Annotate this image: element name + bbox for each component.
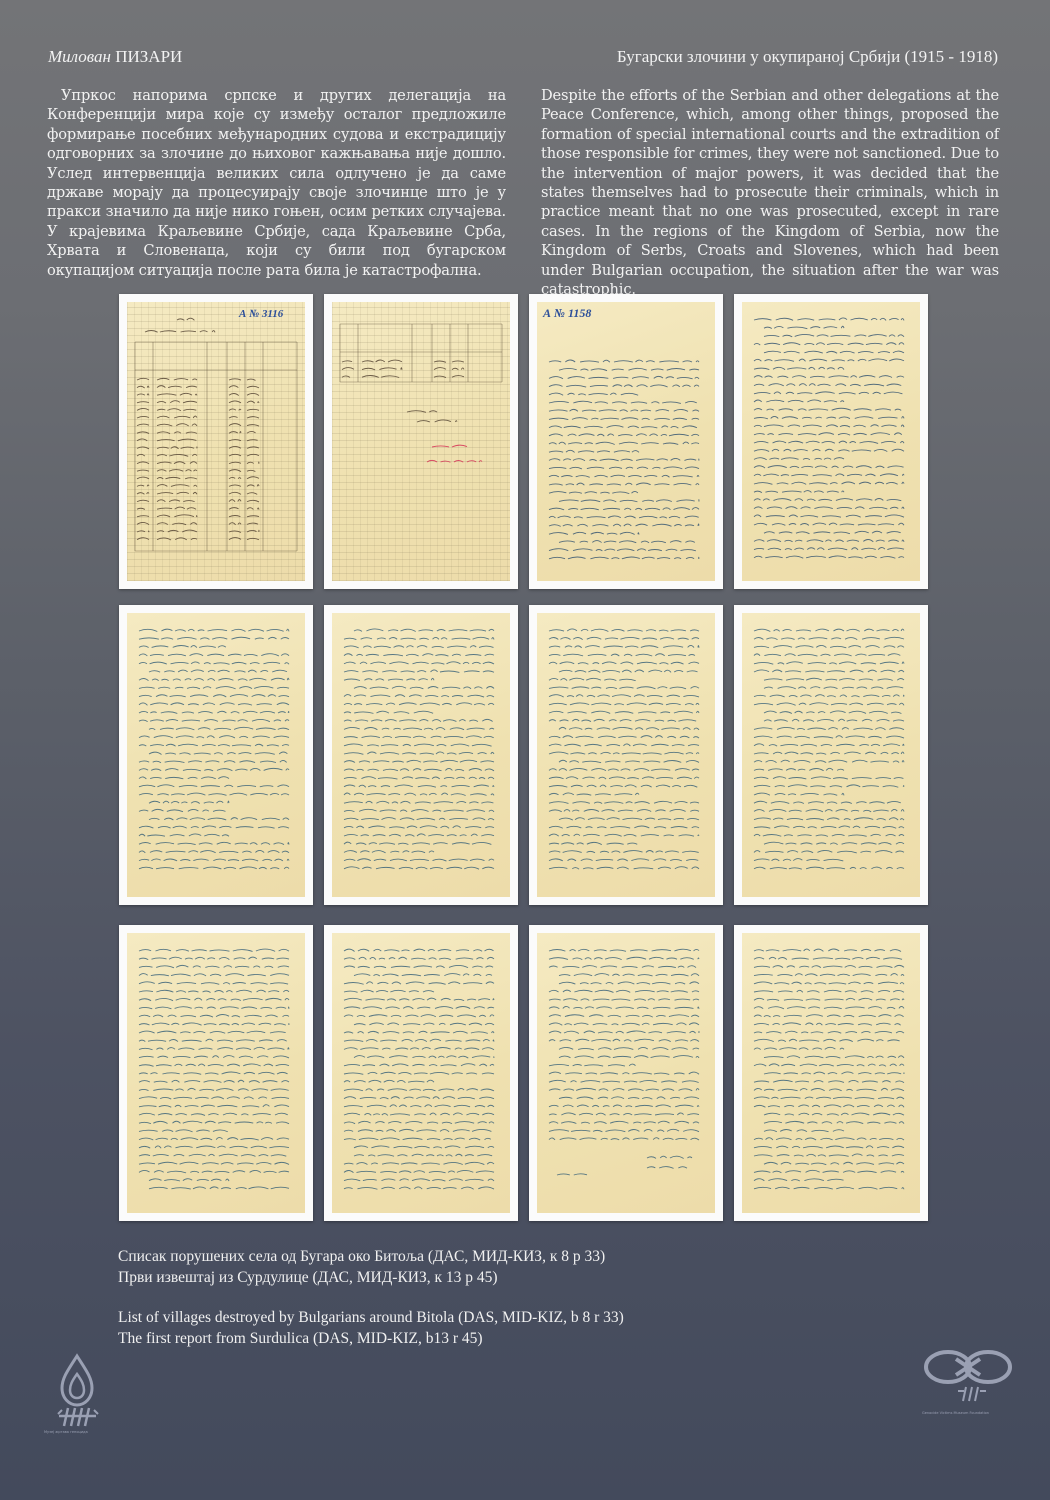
handwriting-lines [742,933,920,1213]
document-thumbnail[interactable] [529,925,723,1221]
document-thumbnail[interactable] [119,605,313,905]
foundation-logo: Genocide Victims Museum Foundation [918,1345,1018,1435]
handwriting-lines [537,933,715,1213]
document-thumbnail[interactable] [529,605,723,905]
document-page [742,613,920,897]
handwriting-lines [127,302,305,581]
handwriting-lines [127,613,305,897]
handwriting-lines [537,302,715,581]
archive-stamp: А № 1158 [543,306,591,321]
handwriting-lines [332,933,510,1213]
document-thumbnail[interactable] [734,605,928,905]
intro-text-serbian: Упркос напорима српске и других делегаци… [47,86,506,280]
document-page [127,613,305,897]
document-page [537,933,715,1213]
document-thumbnail[interactable] [734,294,928,589]
handwriting-lines [742,302,920,581]
document-thumbnail[interactable] [324,294,518,589]
document-thumbnail[interactable]: А № 1158 [529,294,723,589]
image-captions: Списак порушених села од Бугара око Бито… [118,1247,624,1349]
caption-serbian-1: Списак порушених села од Бугара око Бито… [118,1247,624,1268]
author-first-name: Милован [48,47,111,66]
caption-english-1: List of villages destroyed by Bulgarians… [118,1308,624,1329]
author-last-name: ПИЗАРИ [115,47,182,66]
handwriting-lines [332,613,510,897]
handwriting-lines [537,613,715,897]
caption-english-2: The first report from Surdulica (DAS, MI… [118,1329,624,1350]
document-page [742,302,920,581]
document-thumbnail[interactable] [324,925,518,1221]
document-thumbnail[interactable] [734,925,928,1221]
author-name: Милован ПИЗАРИ [48,47,182,67]
document-thumbnail[interactable]: А № 3116 [119,294,313,589]
document-page [332,302,510,581]
document-thumbnail[interactable] [119,925,313,1221]
document-thumbnail[interactable] [324,605,518,905]
museum-logo-caption: Музеј жртава геноцида [44,1430,88,1434]
document-page [742,933,920,1213]
document-page: А № 1158 [537,302,715,581]
caption-serbian-2: Први извештај из Сурдулице (ДАС, МИД-КИЗ… [118,1268,624,1289]
handwriting-lines [332,302,510,581]
document-page [537,613,715,897]
handwriting-lines [127,933,305,1213]
document-page: А № 3116 [127,302,305,581]
document-page [332,613,510,897]
document-page [127,933,305,1213]
museum-logo: Музеј жртава геноцида [44,1350,124,1445]
interlaced-knot-icon [918,1345,1018,1409]
document-page [332,933,510,1213]
page-title: Бугарски злочини у окупираној Србији (19… [617,47,998,67]
archive-stamp: А № 3116 [239,308,283,320]
foundation-logo-caption: Genocide Victims Museum Foundation [922,1411,989,1415]
intro-text-english: Despite the efforts of the Serbian and o… [541,86,999,299]
flame-barbed-wire-icon [44,1350,124,1430]
handwriting-lines [742,613,920,897]
